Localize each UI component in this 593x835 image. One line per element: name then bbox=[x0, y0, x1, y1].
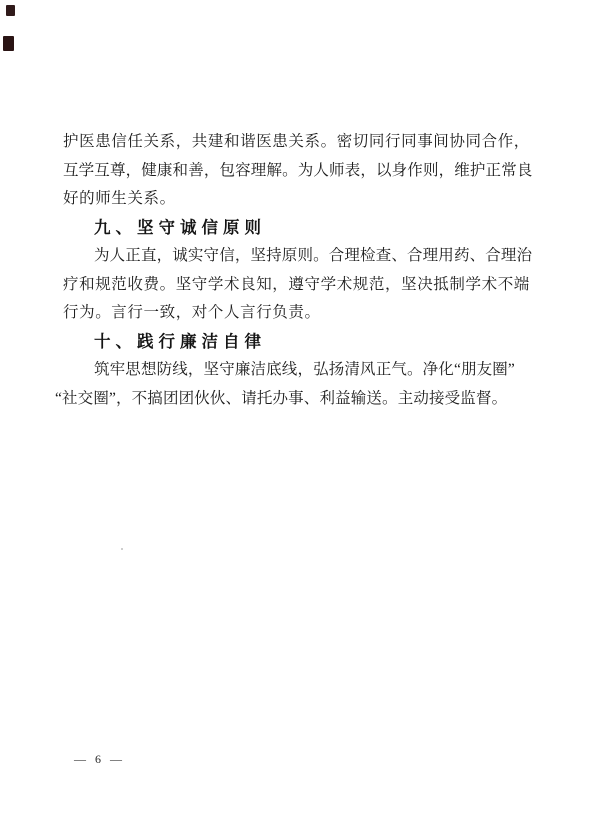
section-heading-nine: 九、坚守诚信原则 bbox=[63, 214, 533, 243]
text-line: 互学互尊，健康和善，包容理解。为人师表，以身作则，维护正常良 bbox=[63, 157, 533, 186]
text-line: 为人正直，诚实守信，坚持原则。合理检查、合理用药、合理治 bbox=[63, 242, 533, 271]
document-page: 护医患信任关系，共建和谐医患关系。密切同行同事间协同合作， 互学互尊，健康和善，… bbox=[0, 0, 593, 835]
text-line: 好的师生关系。 bbox=[63, 185, 533, 214]
text-line: 护医患信任关系，共建和谐医患关系。密切同行同事间协同合作， bbox=[63, 128, 533, 157]
scan-artifact-mark bbox=[6, 5, 15, 16]
page-number: — 6 — bbox=[74, 752, 125, 767]
scan-speck bbox=[121, 548, 123, 550]
scan-artifact-mark bbox=[3, 36, 14, 51]
text-line: 行为。言行一致，对个人言行负责。 bbox=[63, 299, 533, 328]
text-line: 疗和规范收费。坚守学术良知，遵守学术规范，坚决抵制学术不端 bbox=[63, 271, 533, 300]
text-line: “社交圈”，不搞团团伙伙、请托办事、利益输送。主动接受监督。 bbox=[55, 385, 533, 414]
section-heading-ten: 十、践行廉洁自律 bbox=[63, 328, 533, 357]
text-line: 筑牢思想防线，坚守廉洁底线，弘扬清风正气。净化“朋友圈” bbox=[63, 356, 533, 385]
text-block: 护医患信任关系，共建和谐医患关系。密切同行同事间协同合作， 互学互尊，健康和善，… bbox=[63, 128, 533, 413]
